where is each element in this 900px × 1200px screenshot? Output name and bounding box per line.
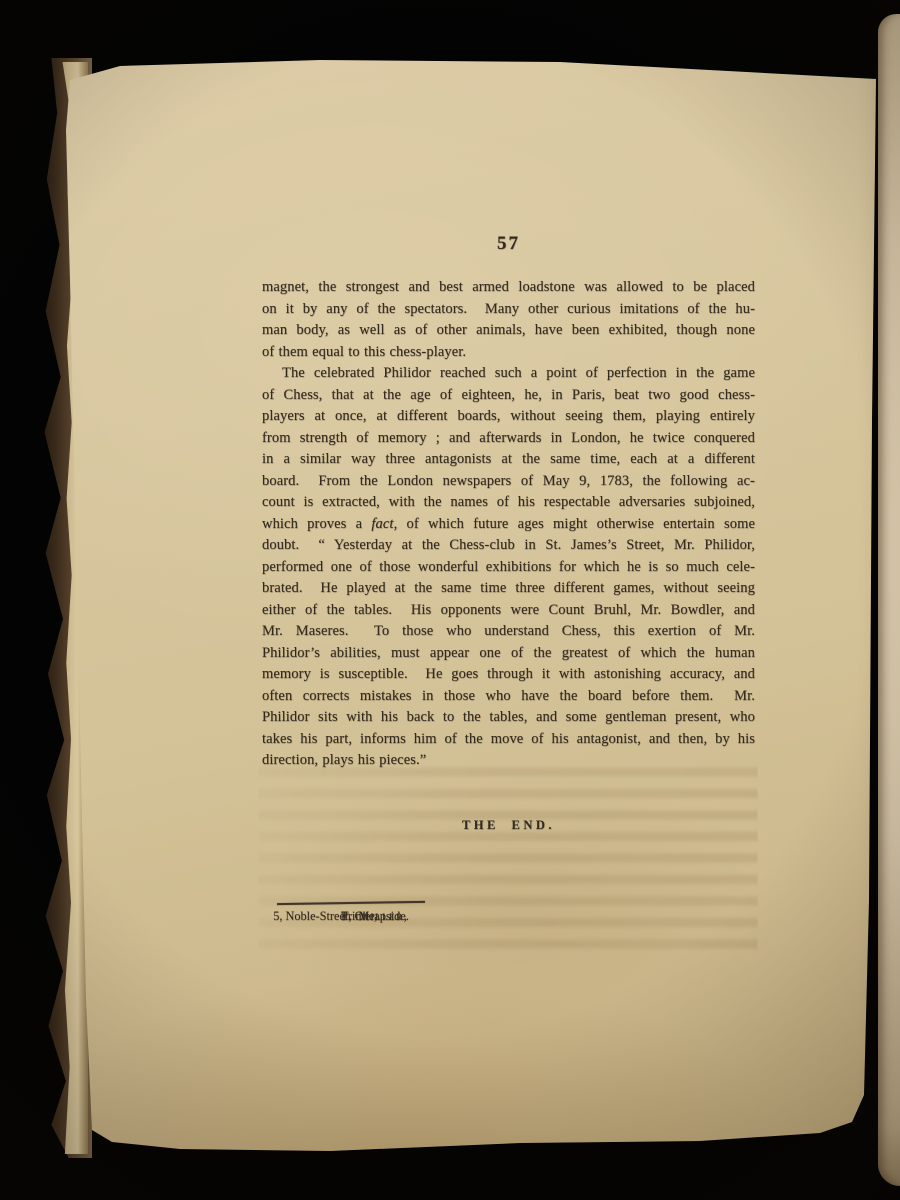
the-end-label: THE END.: [262, 818, 755, 833]
colophon-rule: [277, 901, 425, 905]
text-line: The celebrated Philidor reached such a p…: [262, 363, 755, 385]
body-text: magnet, the strongest and best armed loa…: [262, 277, 755, 772]
paragraph-2: The celebrated Philidor reached such a p…: [262, 363, 755, 772]
text-line: Mr. Maseres. To those who understand Che…: [262, 621, 755, 643]
text-line: of them equal to this chess-player.: [262, 342, 755, 364]
text-line: players at once, at different boards, wi…: [262, 406, 755, 428]
text-line-with-italic: which proves a fact, of which future age…: [262, 514, 755, 536]
text-line: on it by any of the spectators. Many oth…: [262, 299, 755, 321]
text-line: performed one of those wonderful exhibit…: [262, 557, 755, 579]
text-line: Philidor sits with his back to the table…: [262, 707, 755, 729]
text-line: man body, as well as of other animals, h…: [262, 320, 755, 342]
text-line: of Chess, that at the age of eighteen, h…: [262, 385, 755, 407]
text-line: takes his part, informs him of the move …: [262, 729, 755, 751]
text-line: doubt. “ Yesterday at the Chess-club in …: [262, 535, 755, 557]
book-photo: 57 magnet, the strongest and best armed …: [0, 0, 900, 1200]
book-page: 57 magnet, the strongest and best armed …: [0, 0, 900, 1200]
next-page-edge: [878, 14, 900, 1186]
text-segment: which proves a: [262, 516, 371, 532]
text-line: brated. He played at the same time three…: [262, 578, 755, 600]
text-line: board. From the London newspapers of May…: [262, 471, 755, 493]
text-segment: , of which future ages might otherwise e…: [394, 516, 755, 532]
text-line: count is extracted, with the names of hi…: [262, 492, 755, 514]
text-line: often corrects mistakes in those who hav…: [262, 686, 755, 708]
text-line: in a similar way three antagonists at th…: [262, 449, 755, 471]
text-line: memory is susceptible. He goes through i…: [262, 664, 755, 686]
printer-colophon: T. Miller, Printer, 5, Noble-Street, Che…: [255, 902, 427, 924]
printer-role: Printer,: [341, 909, 377, 924]
page-number: 57: [262, 233, 755, 255]
text-line: direction, plays his pieces.”: [262, 750, 755, 772]
text-line: either of the tables. His opponents were…: [262, 600, 755, 622]
paragraph-1: magnet, the strongest and best armed loa…: [262, 277, 755, 363]
italic-word: fact: [371, 516, 393, 532]
text-line: magnet, the strongest and best armed loa…: [262, 277, 755, 299]
text-line: from strength of memory ; and afterwards…: [262, 428, 755, 450]
text-line: Philidor’s abilities, must appear one of…: [262, 643, 755, 665]
